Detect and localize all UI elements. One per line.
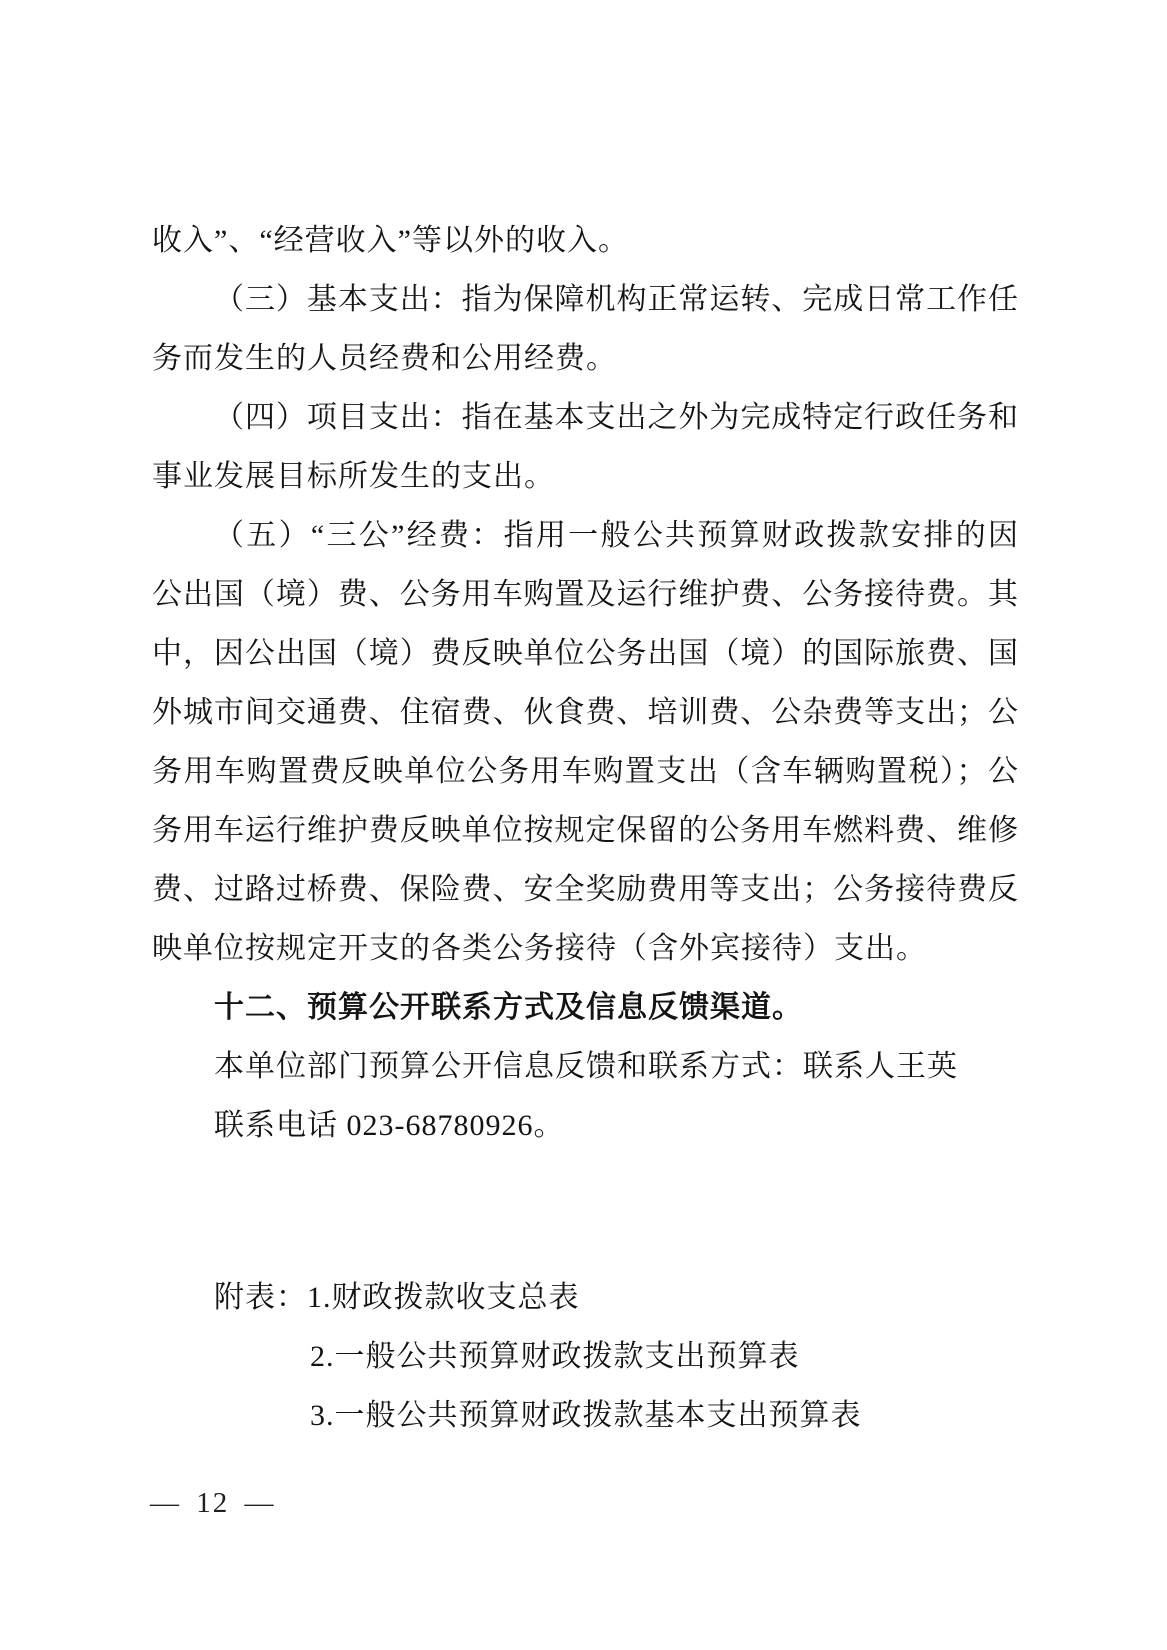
- page-number: — 12 —: [150, 1486, 276, 1520]
- contact-line: 本单位部门预算公开信息反馈和联系方式：联系人王英: [152, 1046, 1018, 1088]
- section-heading: 十二、预算公开联系方式及信息反馈渠道。: [152, 987, 1018, 1029]
- body-line: 外城市间交通费、住宿费、伙食费、培训费、公杂费等支出；公: [152, 692, 1018, 734]
- body-line: 务而发生的人员经费和公用经费。: [152, 338, 1018, 380]
- paragraph-start-line: （三）基本支出：指为保障机构正常运转、完成日常工作任: [152, 279, 1018, 321]
- document-page: 收入”、“经营收入”等以外的收入。 （三）基本支出：指为保障机构正常运转、完成日…: [0, 0, 1167, 1650]
- paragraph-start-line: （五）“三公”经费：指用一般公共预算财政拨款安排的因: [152, 515, 1018, 557]
- attachment-list-line-2: 2.一般公共预算财政拨款支出预算表: [152, 1336, 1018, 1378]
- body-line: 公出国（境）费、公务用车购置及运行维护费、公务接待费。其: [152, 574, 1018, 616]
- body-line: 务用车运行维护费反映单位按规定保留的公务用车燃料费、维修: [152, 810, 1018, 852]
- body-line: 映单位按规定开支的各类公务接待（含外宾接待）支出。: [152, 928, 1018, 970]
- attachment-list-line-1: 附表：1.财政拨款收支总表: [152, 1277, 1018, 1319]
- attachment-list-line-3: 3.一般公共预算财政拨款基本支出预算表: [152, 1395, 1018, 1437]
- paragraph-start-line: （四）项目支出：指在基本支出之外为完成特定行政任务和: [152, 397, 1018, 439]
- body-line: 费、过路过桥费、保险费、安全奖励费用等支出；公务接待费反: [152, 869, 1018, 911]
- phone-line: 联系电话 023-68780926。: [152, 1105, 1018, 1147]
- body-line: 中，因公出国（境）费反映单位公务出国（境）的国际旅费、国: [152, 633, 1018, 675]
- body-line: 务用车购置费反映单位公务用车购置支出（含车辆购置税）；公: [152, 751, 1018, 793]
- body-line: 收入”、“经营收入”等以外的收入。: [152, 220, 1018, 262]
- body-line: 事业发展目标所发生的支出。: [152, 456, 1018, 498]
